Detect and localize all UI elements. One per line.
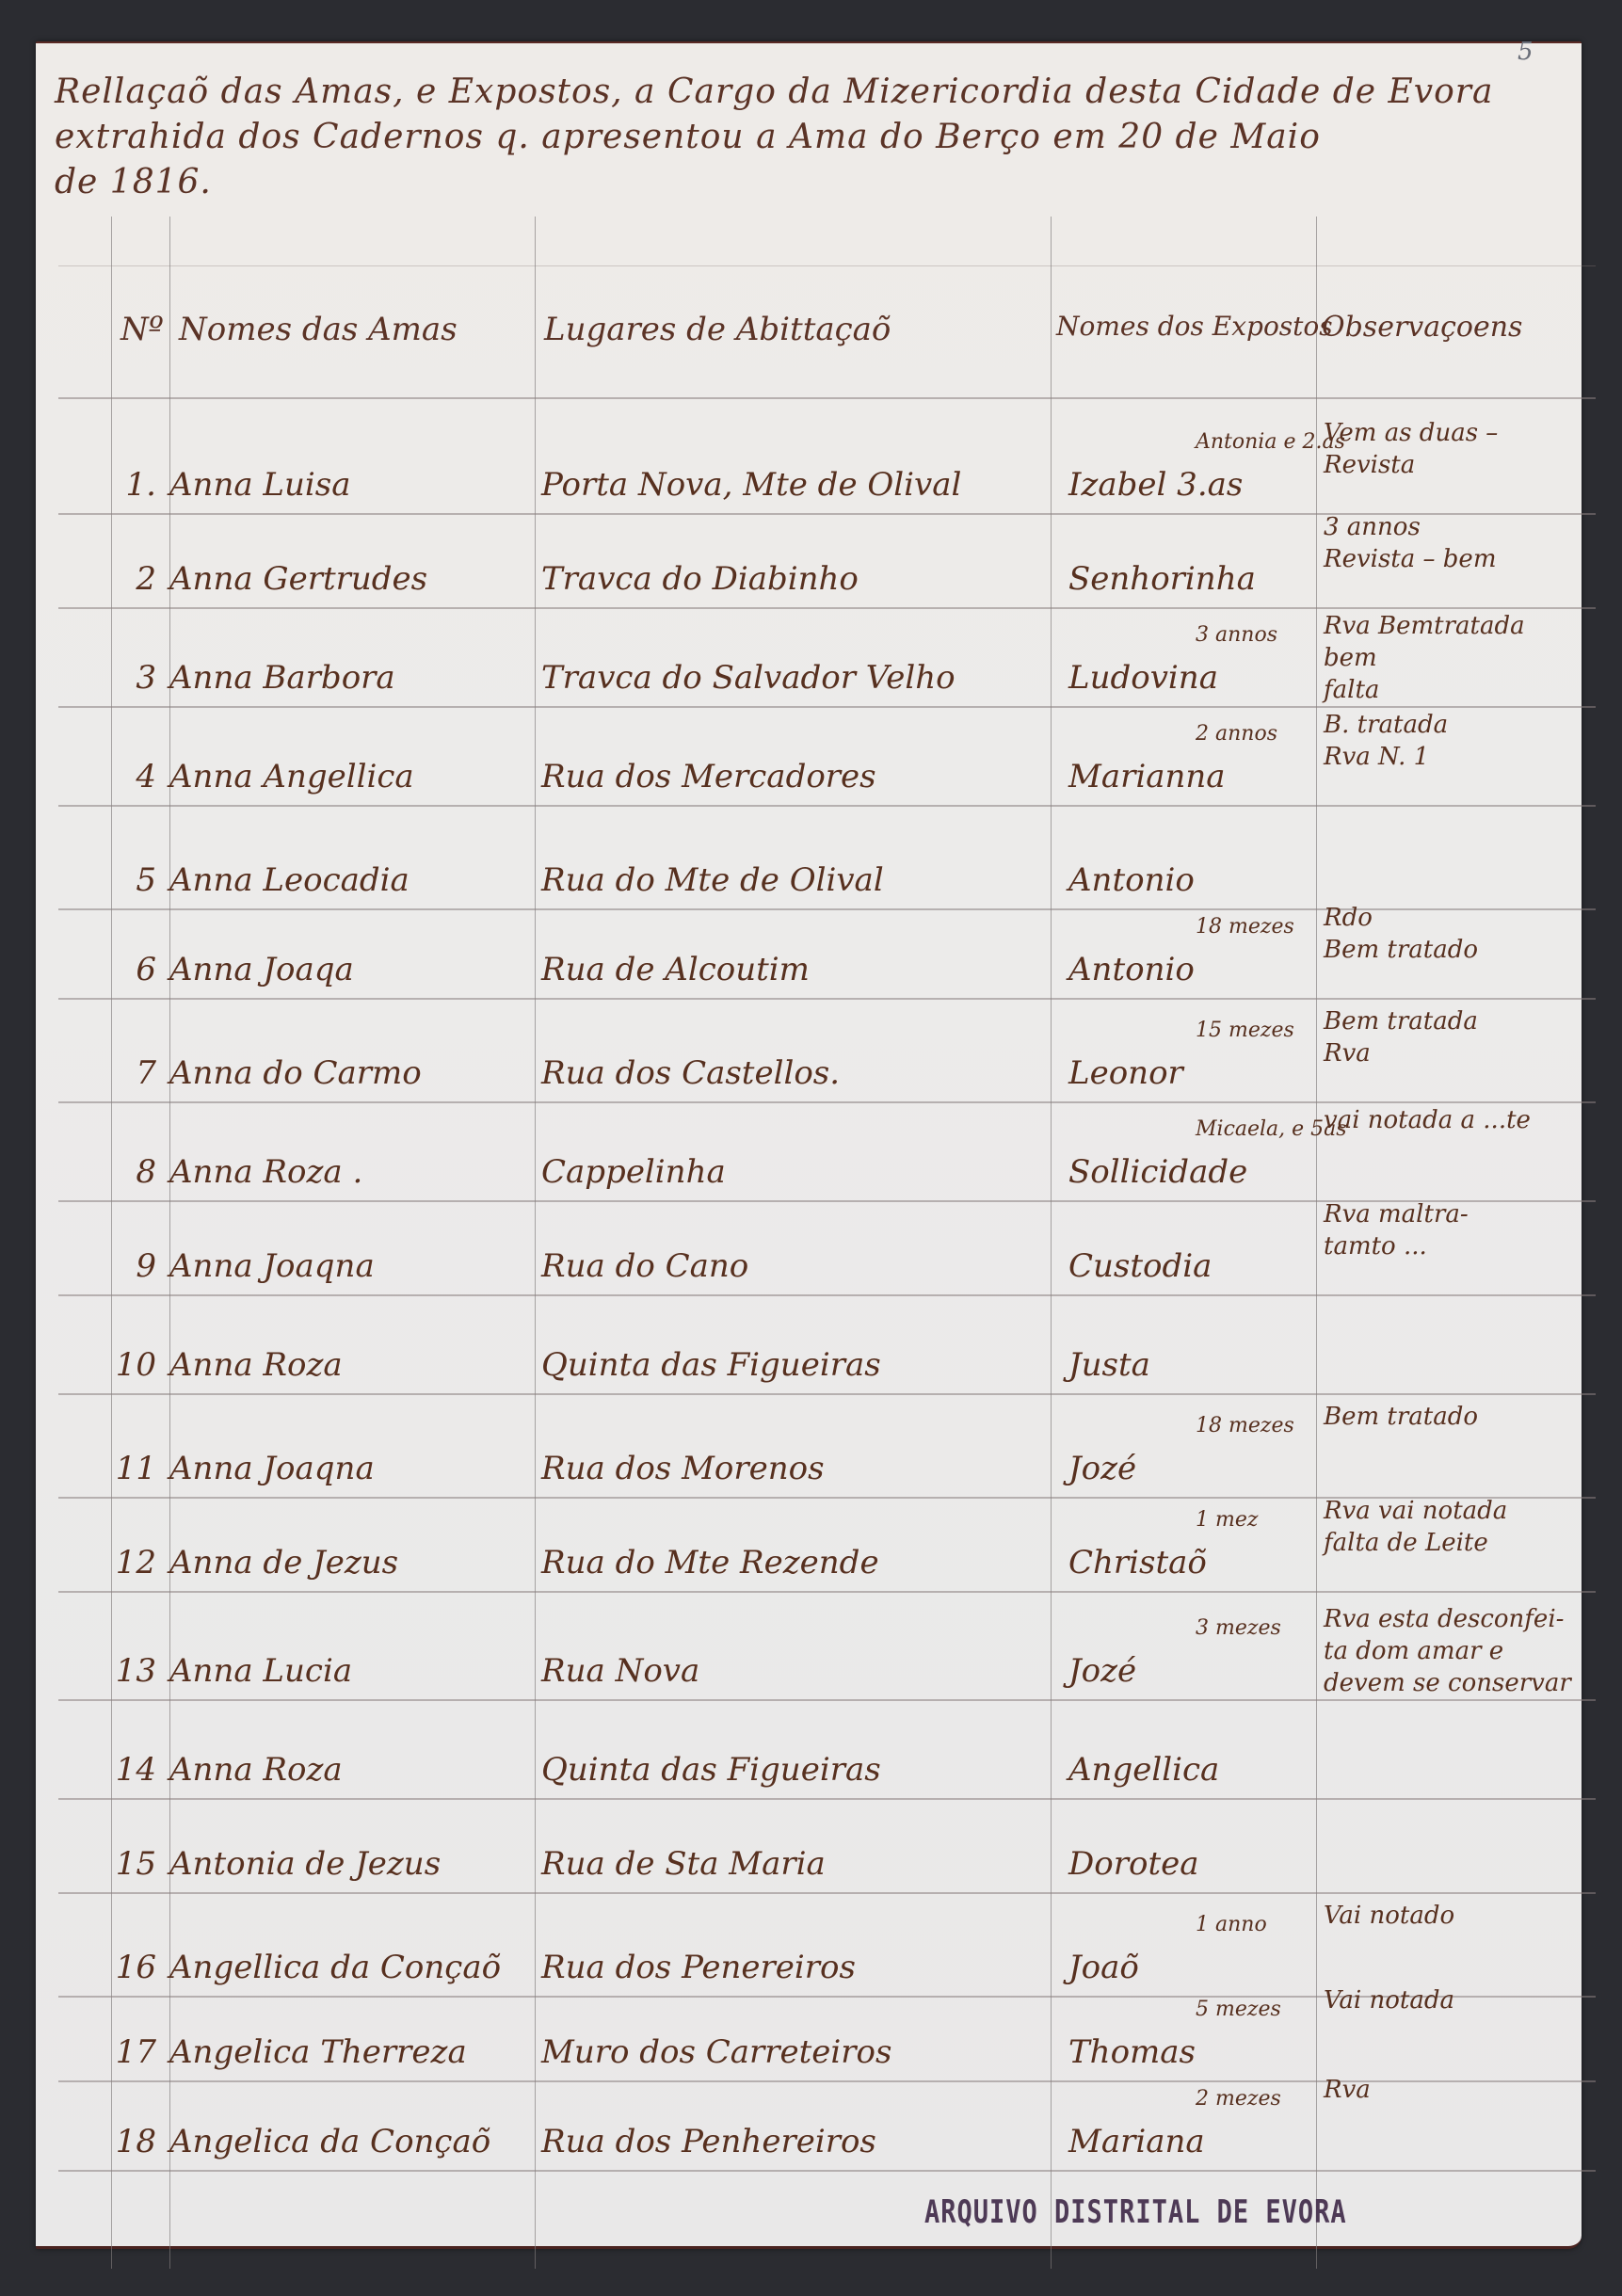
residence: Porta Nova, Mte de Olival <box>541 466 961 504</box>
row-number: 8 <box>62 1153 166 1191</box>
residence: Rua dos Penereiros <box>541 1949 856 1986</box>
observation-line: devem se conservar <box>1324 1669 1571 1697</box>
foundling-name: Justa <box>1068 1346 1150 1384</box>
residence: Rua Nova <box>541 1652 699 1690</box>
title-line-2: extrahida dos Cadernos q. apresentou a A… <box>55 115 1533 160</box>
residence: Muro dos Carreteiros <box>541 2033 891 2071</box>
observation-line: Rva maltra- <box>1324 1200 1469 1228</box>
row-rule <box>58 706 1596 708</box>
foundling-name: Angellica <box>1068 1751 1219 1789</box>
nurse-name: Antonia de Jezus <box>169 1845 441 1883</box>
foundling-name: Jozé <box>1068 1652 1136 1690</box>
foundling-note: 2 mezes <box>1196 2087 1281 2111</box>
foundling-note: 3 annos <box>1196 623 1277 647</box>
nurse-name: Anna Luisa <box>169 466 351 504</box>
observation-line: Rdo <box>1324 904 1373 932</box>
row-rule <box>58 1294 1596 1296</box>
foundling-name: Custodia <box>1068 1247 1212 1285</box>
title-line-3: de 1816. <box>55 160 1533 205</box>
residence: Rua dos Penhereiros <box>541 2123 876 2160</box>
row-rule <box>58 998 1596 1000</box>
residence: Rua do Mte Rezende <box>541 1544 879 1582</box>
row-number: 18 <box>62 2123 166 2160</box>
residence: Rua dos Mercadores <box>541 758 876 795</box>
row-rule <box>58 1892 1596 1894</box>
row-rule <box>58 1101 1596 1103</box>
row-number: 2 <box>62 560 166 598</box>
foundling-name: Mariana <box>1068 2123 1205 2160</box>
observation-line: Rva <box>1324 1039 1371 1068</box>
foundling-name: Ludovina <box>1068 659 1218 697</box>
row-rule <box>58 1591 1596 1593</box>
nurse-name: Anna Lucia <box>169 1652 352 1690</box>
residence: Rua dos Morenos <box>541 1450 825 1487</box>
observation-line: Vai notada <box>1324 1986 1454 2015</box>
row-rule <box>58 1798 1596 1800</box>
header-bottom-rule <box>58 397 1596 399</box>
nurse-name: Anna Roza <box>169 1751 343 1789</box>
foundling-name: Joaõ <box>1068 1949 1139 1986</box>
foundling-note: 18 mezes <box>1196 1414 1294 1437</box>
nurse-name: Angelica Therreza <box>169 2033 467 2071</box>
row-number: 4 <box>62 758 166 795</box>
foundling-name: Senhorinha <box>1068 560 1256 598</box>
observation-line: Revista – bem <box>1324 545 1496 573</box>
header-nurse-name: Nomes das Amas <box>179 311 458 348</box>
foundling-note: 3 mezes <box>1196 1616 1281 1640</box>
observation-line: tamto ... <box>1324 1232 1427 1260</box>
foundling-name: Jozé <box>1068 1450 1136 1487</box>
foundling-name: Antonio <box>1068 861 1195 899</box>
row-number: 6 <box>62 951 166 988</box>
foundling-name: Thomas <box>1068 2033 1196 2071</box>
observation-line: vai notada a ...te <box>1324 1106 1531 1134</box>
foundling-name: Christaõ <box>1068 1544 1207 1582</box>
header-top-rule <box>58 265 1596 266</box>
observation-line: falta de Leite <box>1324 1529 1488 1557</box>
row-rule <box>58 1393 1596 1395</box>
nurse-name: Anna do Carmo <box>169 1054 422 1092</box>
residence: Rua de Sta Maria <box>541 1845 826 1883</box>
row-number: 15 <box>62 1845 166 1883</box>
row-number: 1. <box>62 466 166 504</box>
residence: Quinta das Figueiras <box>541 1751 881 1789</box>
foundling-name: Dorotea <box>1068 1845 1199 1883</box>
row-number: 11 <box>62 1450 166 1487</box>
foundling-note: 1 mez <box>1196 1508 1258 1532</box>
observation-line: ta dom amar e <box>1324 1637 1503 1665</box>
residence: Rua de Alcoutim <box>541 951 810 988</box>
nurse-name: Anna Joaqa <box>169 951 354 988</box>
nurse-name: Angellica da Conçaõ <box>169 1949 501 1986</box>
row-rule <box>58 607 1596 609</box>
foundling-name: Izabel 3.as <box>1068 466 1243 504</box>
row-number: 14 <box>62 1751 166 1789</box>
observation-line: Vai notado <box>1324 1902 1454 1930</box>
title-line-1: Rellaçaõ das Amas, e Expostos, a Cargo d… <box>55 70 1533 115</box>
nurse-name: Anna Roza <box>169 1346 343 1384</box>
residence: Travca do Salvador Velho <box>541 659 956 697</box>
residence: Quinta das Figueiras <box>541 1346 881 1384</box>
column-rule <box>1051 217 1052 2269</box>
foundling-note: 2 annos <box>1196 722 1277 746</box>
observation-line: Bem tratado <box>1324 936 1478 964</box>
observation-line: 3 annos <box>1324 513 1421 541</box>
observation-line: Vem as duas – <box>1324 419 1498 447</box>
row-number: 9 <box>62 1247 166 1285</box>
nurse-name: Anna Leocadia <box>169 861 410 899</box>
observation-line: Rva Bemtratada <box>1324 612 1525 640</box>
observation-line: bem <box>1324 644 1377 672</box>
header-observations: Observaçoens <box>1322 311 1522 344</box>
residence: Travca do Diabinho <box>541 560 859 598</box>
foundling-note: 5 mezes <box>1196 1998 1281 2021</box>
residence: Cappelinha <box>541 1153 726 1191</box>
foundling-note: 1 anno <box>1196 1913 1267 1936</box>
row-rule <box>58 1699 1596 1701</box>
residence: Rua do Mte de Olival <box>541 861 884 899</box>
observation-line: Rva esta desconfei- <box>1324 1605 1564 1633</box>
foundling-name: Sollicidade <box>1068 1153 1247 1191</box>
residence: Rua do Cano <box>541 1247 748 1285</box>
row-number: 10 <box>62 1346 166 1384</box>
nurse-name: Anna Angellica <box>169 758 414 795</box>
nurse-name: Anna Roza . <box>169 1153 362 1191</box>
observation-line: falta <box>1324 676 1379 704</box>
column-rule <box>1316 217 1317 2269</box>
foundling-name: Antonio <box>1068 951 1195 988</box>
row-number: 17 <box>62 2033 166 2071</box>
header-residence: Lugares de Abittaçaõ <box>544 311 891 348</box>
foundling-name: Marianna <box>1068 758 1226 795</box>
nurse-name: Anna Gertrudes <box>169 560 427 598</box>
row-number: 3 <box>62 659 166 697</box>
observation-line: Bem tratado <box>1324 1403 1478 1431</box>
row-number: 12 <box>62 1544 166 1582</box>
header-foundling-name: Nomes dos Expostos <box>1056 311 1333 342</box>
observation-line: Rva <box>1324 2076 1371 2104</box>
nurse-name: Anna Joaqna <box>169 1450 375 1487</box>
row-rule <box>58 805 1596 807</box>
document-title: Rellaçaõ das Amas, e Expostos, a Cargo d… <box>55 70 1533 205</box>
row-rule <box>58 2170 1596 2172</box>
foundling-name: Leonor <box>1068 1054 1183 1092</box>
observation-line: Bem tratada <box>1324 1007 1478 1036</box>
nurse-name: Anna Joaqna <box>169 1247 375 1285</box>
archive-stamp: ARQUIVO DISTRITAL DE EVORA <box>924 2194 1347 2231</box>
page-number: 5 <box>1518 38 1534 66</box>
foundling-note: 18 mezes <box>1196 915 1294 939</box>
foundling-note: 15 mezes <box>1196 1019 1294 1042</box>
row-number: 13 <box>62 1652 166 1690</box>
row-number: 16 <box>62 1949 166 1986</box>
observation-line: Revista <box>1324 451 1415 479</box>
observation-line: B. tratada <box>1324 711 1448 739</box>
nurse-name: Anna de Jezus <box>169 1544 398 1582</box>
header-number: Nº <box>120 311 164 348</box>
nurse-name: Angelica da Conçaõ <box>169 2123 490 2160</box>
residence: Rua dos Castellos. <box>541 1054 840 1092</box>
column-rule <box>535 217 536 2269</box>
observation-line: Rva N. 1 <box>1324 743 1429 771</box>
observation-line: Rva vai notada <box>1324 1497 1507 1525</box>
row-number: 7 <box>62 1054 166 1092</box>
nurse-name: Anna Barbora <box>169 659 395 697</box>
row-number: 5 <box>62 861 166 899</box>
